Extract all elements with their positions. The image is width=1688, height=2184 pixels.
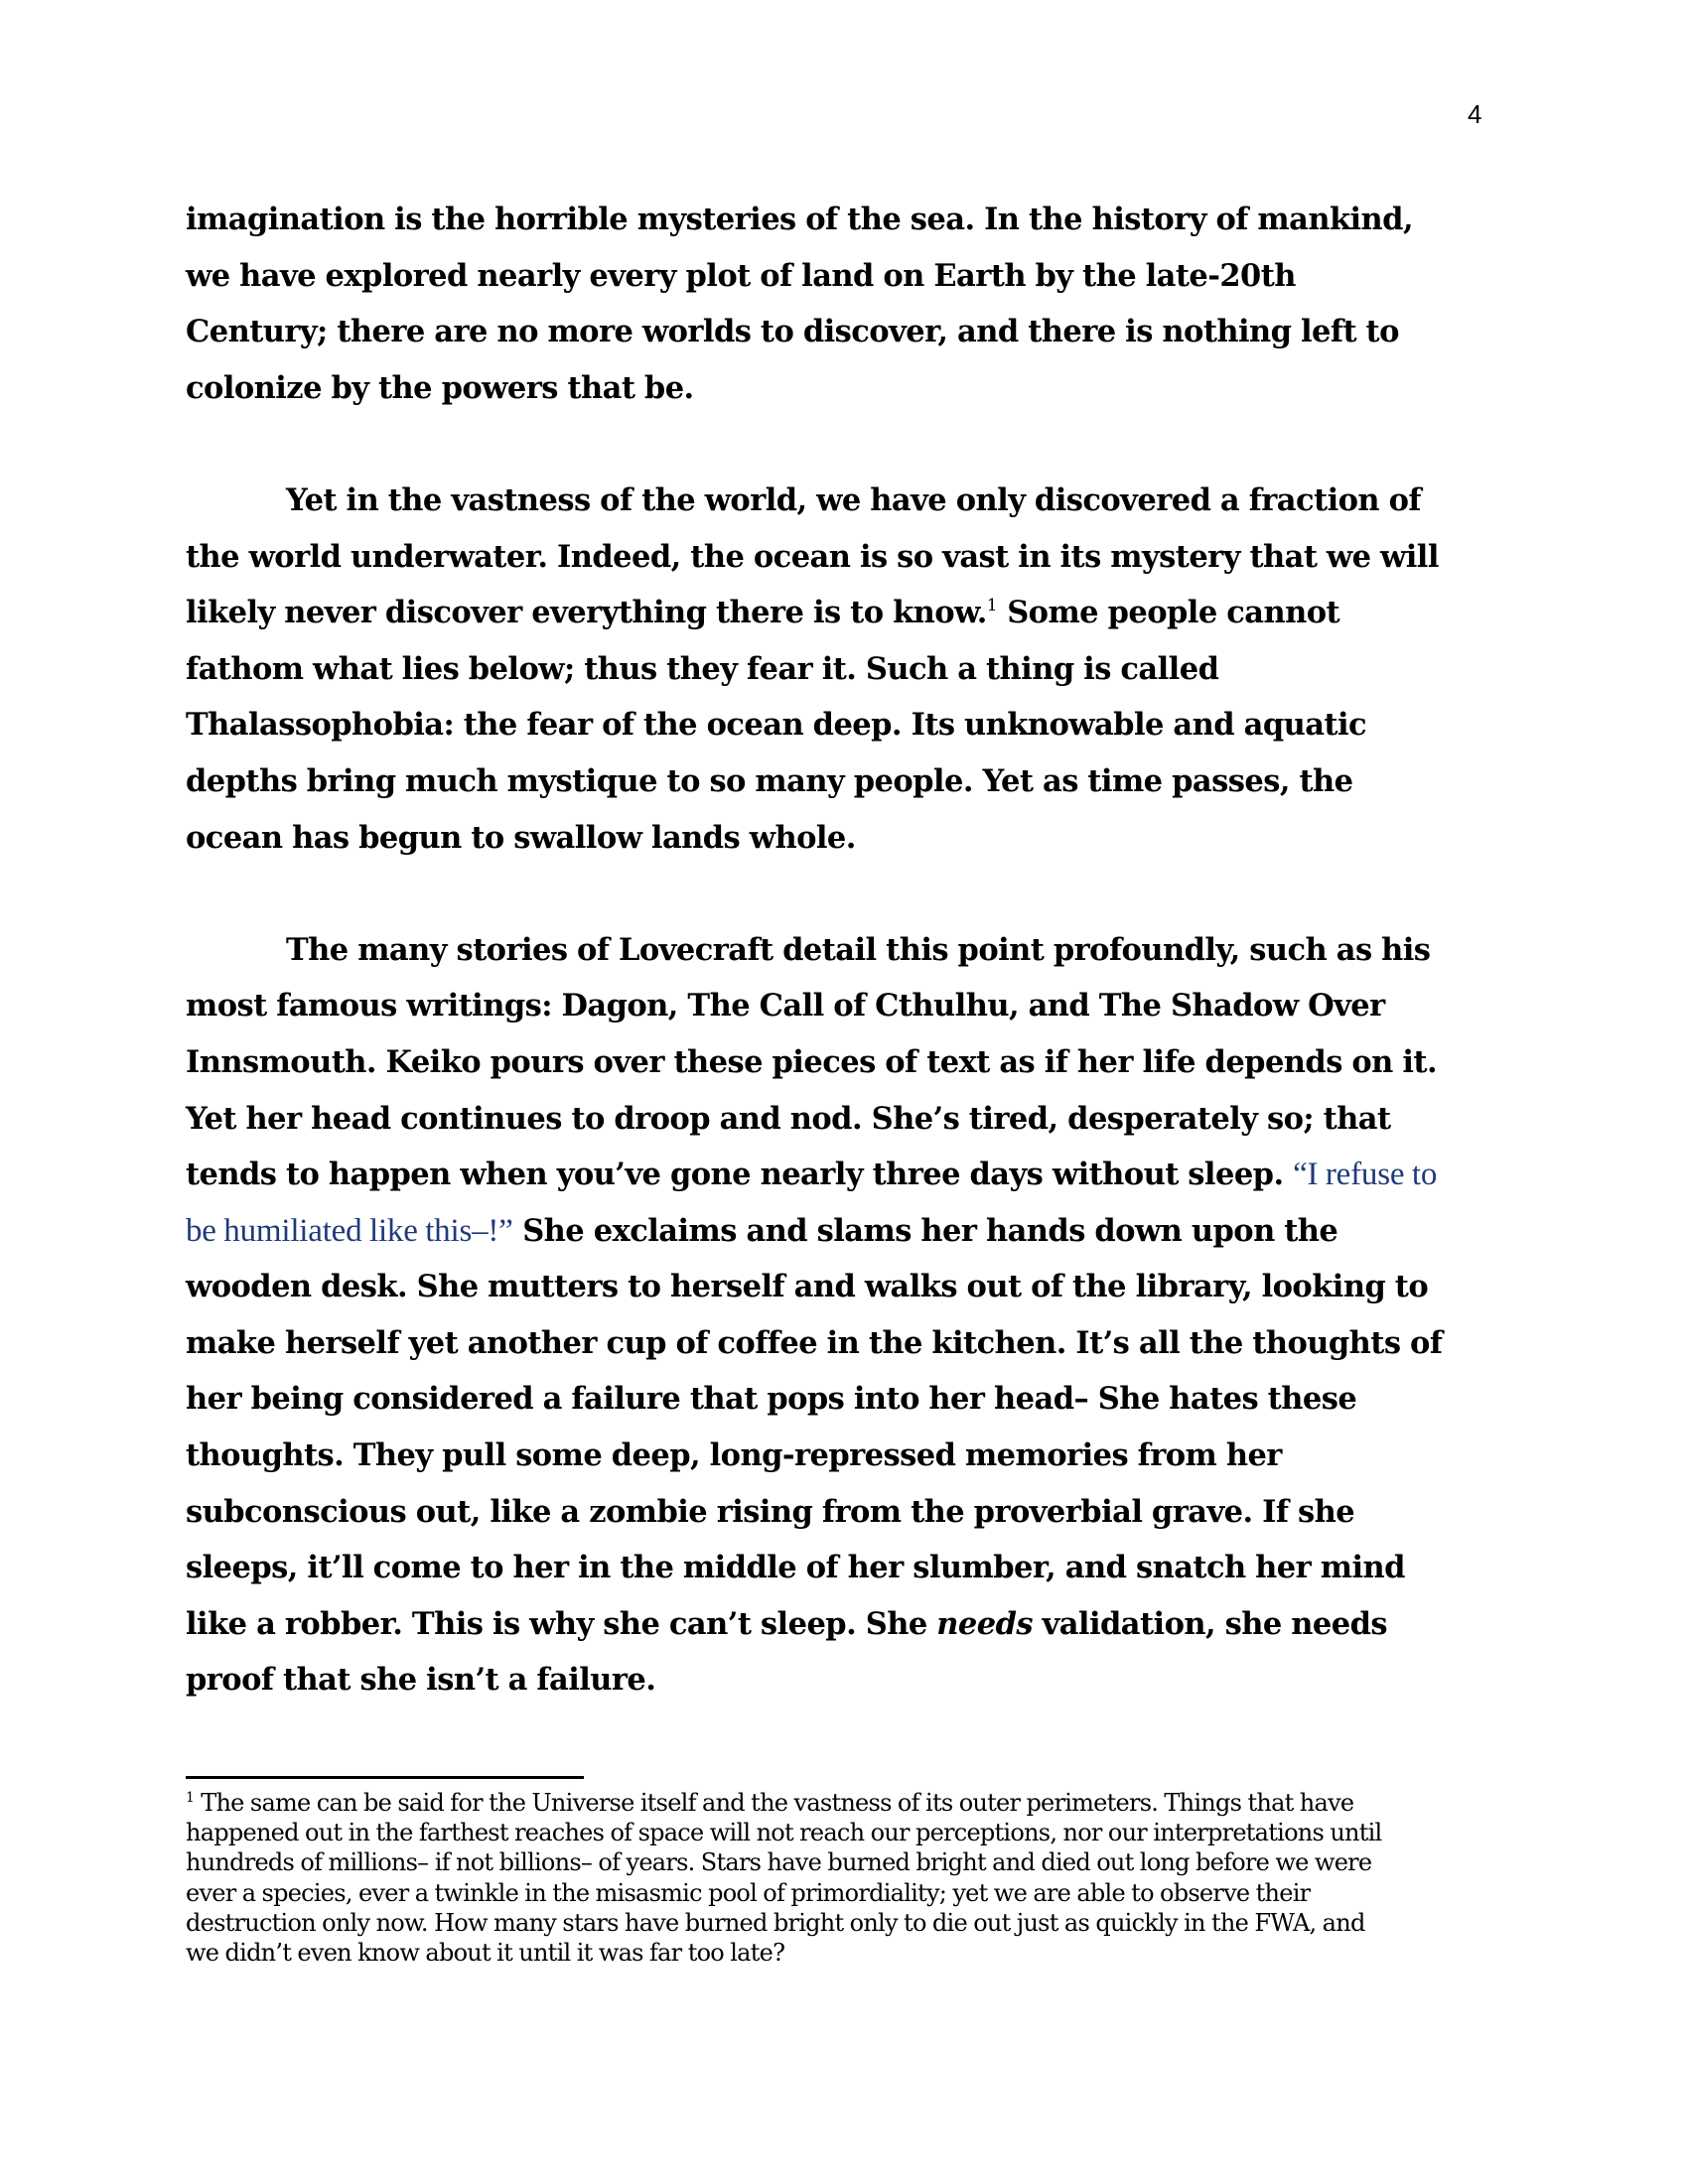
text-line: Innsmouth. Keiko pours over these pieces…	[186, 1034, 1506, 1091]
footnote-line: 1 The same can be said for the Universe …	[186, 1788, 1506, 1818]
text-line: The many stories of Lovecraft detail thi…	[186, 922, 1506, 979]
text-line: ocean has begun to swallow lands whole.	[186, 810, 1506, 867]
text-line: Century; there are no more worlds to dis…	[186, 304, 1506, 360]
text-line: imagination is the horrible mysteries of…	[186, 192, 1506, 248]
footnote-reference[interactable]: 1	[987, 596, 998, 615]
text-line: wooden desk. She mutters to herself and …	[186, 1259, 1506, 1315]
text-segment: The same can be said for the Universe it…	[195, 1789, 1353, 1817]
text-line: subconscious out, like a zombie rising f…	[186, 1484, 1506, 1541]
page-number: 4	[1468, 99, 1481, 129]
text-line: make herself yet another cup of coffee i…	[186, 1315, 1506, 1372]
emphasized-text: needs	[936, 1606, 1033, 1642]
text-segment: tends to happen when you’ve gone nearly …	[186, 1157, 1293, 1192]
text-line: sleeps, it’ll come to her in the middle …	[186, 1540, 1506, 1596]
footnote-line: ever a species, ever a twinkle in the mi…	[186, 1878, 1506, 1908]
text-line: proof that she isn’t a failure.	[186, 1652, 1506, 1708]
text-line: most famous writings: Dagon, The Call of…	[186, 978, 1506, 1034]
footnote-mark: 1	[186, 1790, 195, 1806]
footnote-line: destruction only now. How many stars hav…	[186, 1908, 1506, 1938]
footnote-line: we didn’t even know about it until it wa…	[186, 1938, 1506, 1968]
text-line: fathom what lies below; thus they fear i…	[186, 641, 1506, 698]
text-line: likely never discover everything there i…	[186, 585, 1506, 641]
text-line: colonize by the powers that be.	[186, 360, 1506, 417]
text-line: thoughts. They pull some deep, long-repr…	[186, 1428, 1506, 1484]
body-text: imagination is the horrible mysteries of…	[186, 192, 1506, 1708]
footnote: 1 The same can be said for the Universe …	[186, 1788, 1506, 1968]
footnote-line: happened out in the farthest reaches of …	[186, 1818, 1506, 1847]
text-line: Yet in the vastness of the world, we hav…	[186, 473, 1506, 529]
footnote-separator	[186, 1776, 584, 1779]
text-segment: She exclaims and slams her hands down up…	[513, 1213, 1338, 1249]
text-segment: validation, she needs	[1033, 1606, 1387, 1642]
paragraph-3: The many stories of Lovecraft detail thi…	[186, 922, 1506, 1708]
text-line: like a robber. This is why she can’t sle…	[186, 1596, 1506, 1653]
text-line: Yet her head continues to droop and nod.…	[186, 1091, 1506, 1148]
text-line: Thalassophobia: the fear of the ocean de…	[186, 697, 1506, 753]
text-line: we have explored nearly every plot of la…	[186, 248, 1506, 305]
text-line: her being considered a failure that pops…	[186, 1371, 1506, 1428]
dialogue-quote: be humiliated like this–!”	[186, 1213, 513, 1249]
paragraph-1: imagination is the horrible mysteries of…	[186, 192, 1506, 416]
text-line: the world underwater. Indeed, the ocean …	[186, 529, 1506, 586]
text-line: tends to happen when you’ve gone nearly …	[186, 1147, 1506, 1203]
paragraph-2: Yet in the vastness of the world, we hav…	[186, 473, 1506, 866]
text-line: be humiliated like this–!” She exclaims …	[186, 1203, 1506, 1260]
footnote-line: hundreds of millions– if not billions– o…	[186, 1847, 1506, 1877]
text-segment: Some people cannot	[998, 595, 1339, 630]
text-line: depths bring much mystique to so many pe…	[186, 753, 1506, 810]
text-segment: like a robber. This is why she can’t sle…	[186, 1606, 936, 1642]
text-segment: likely never discover everything there i…	[186, 595, 987, 630]
dialogue-quote: “I refuse to	[1293, 1157, 1437, 1192]
